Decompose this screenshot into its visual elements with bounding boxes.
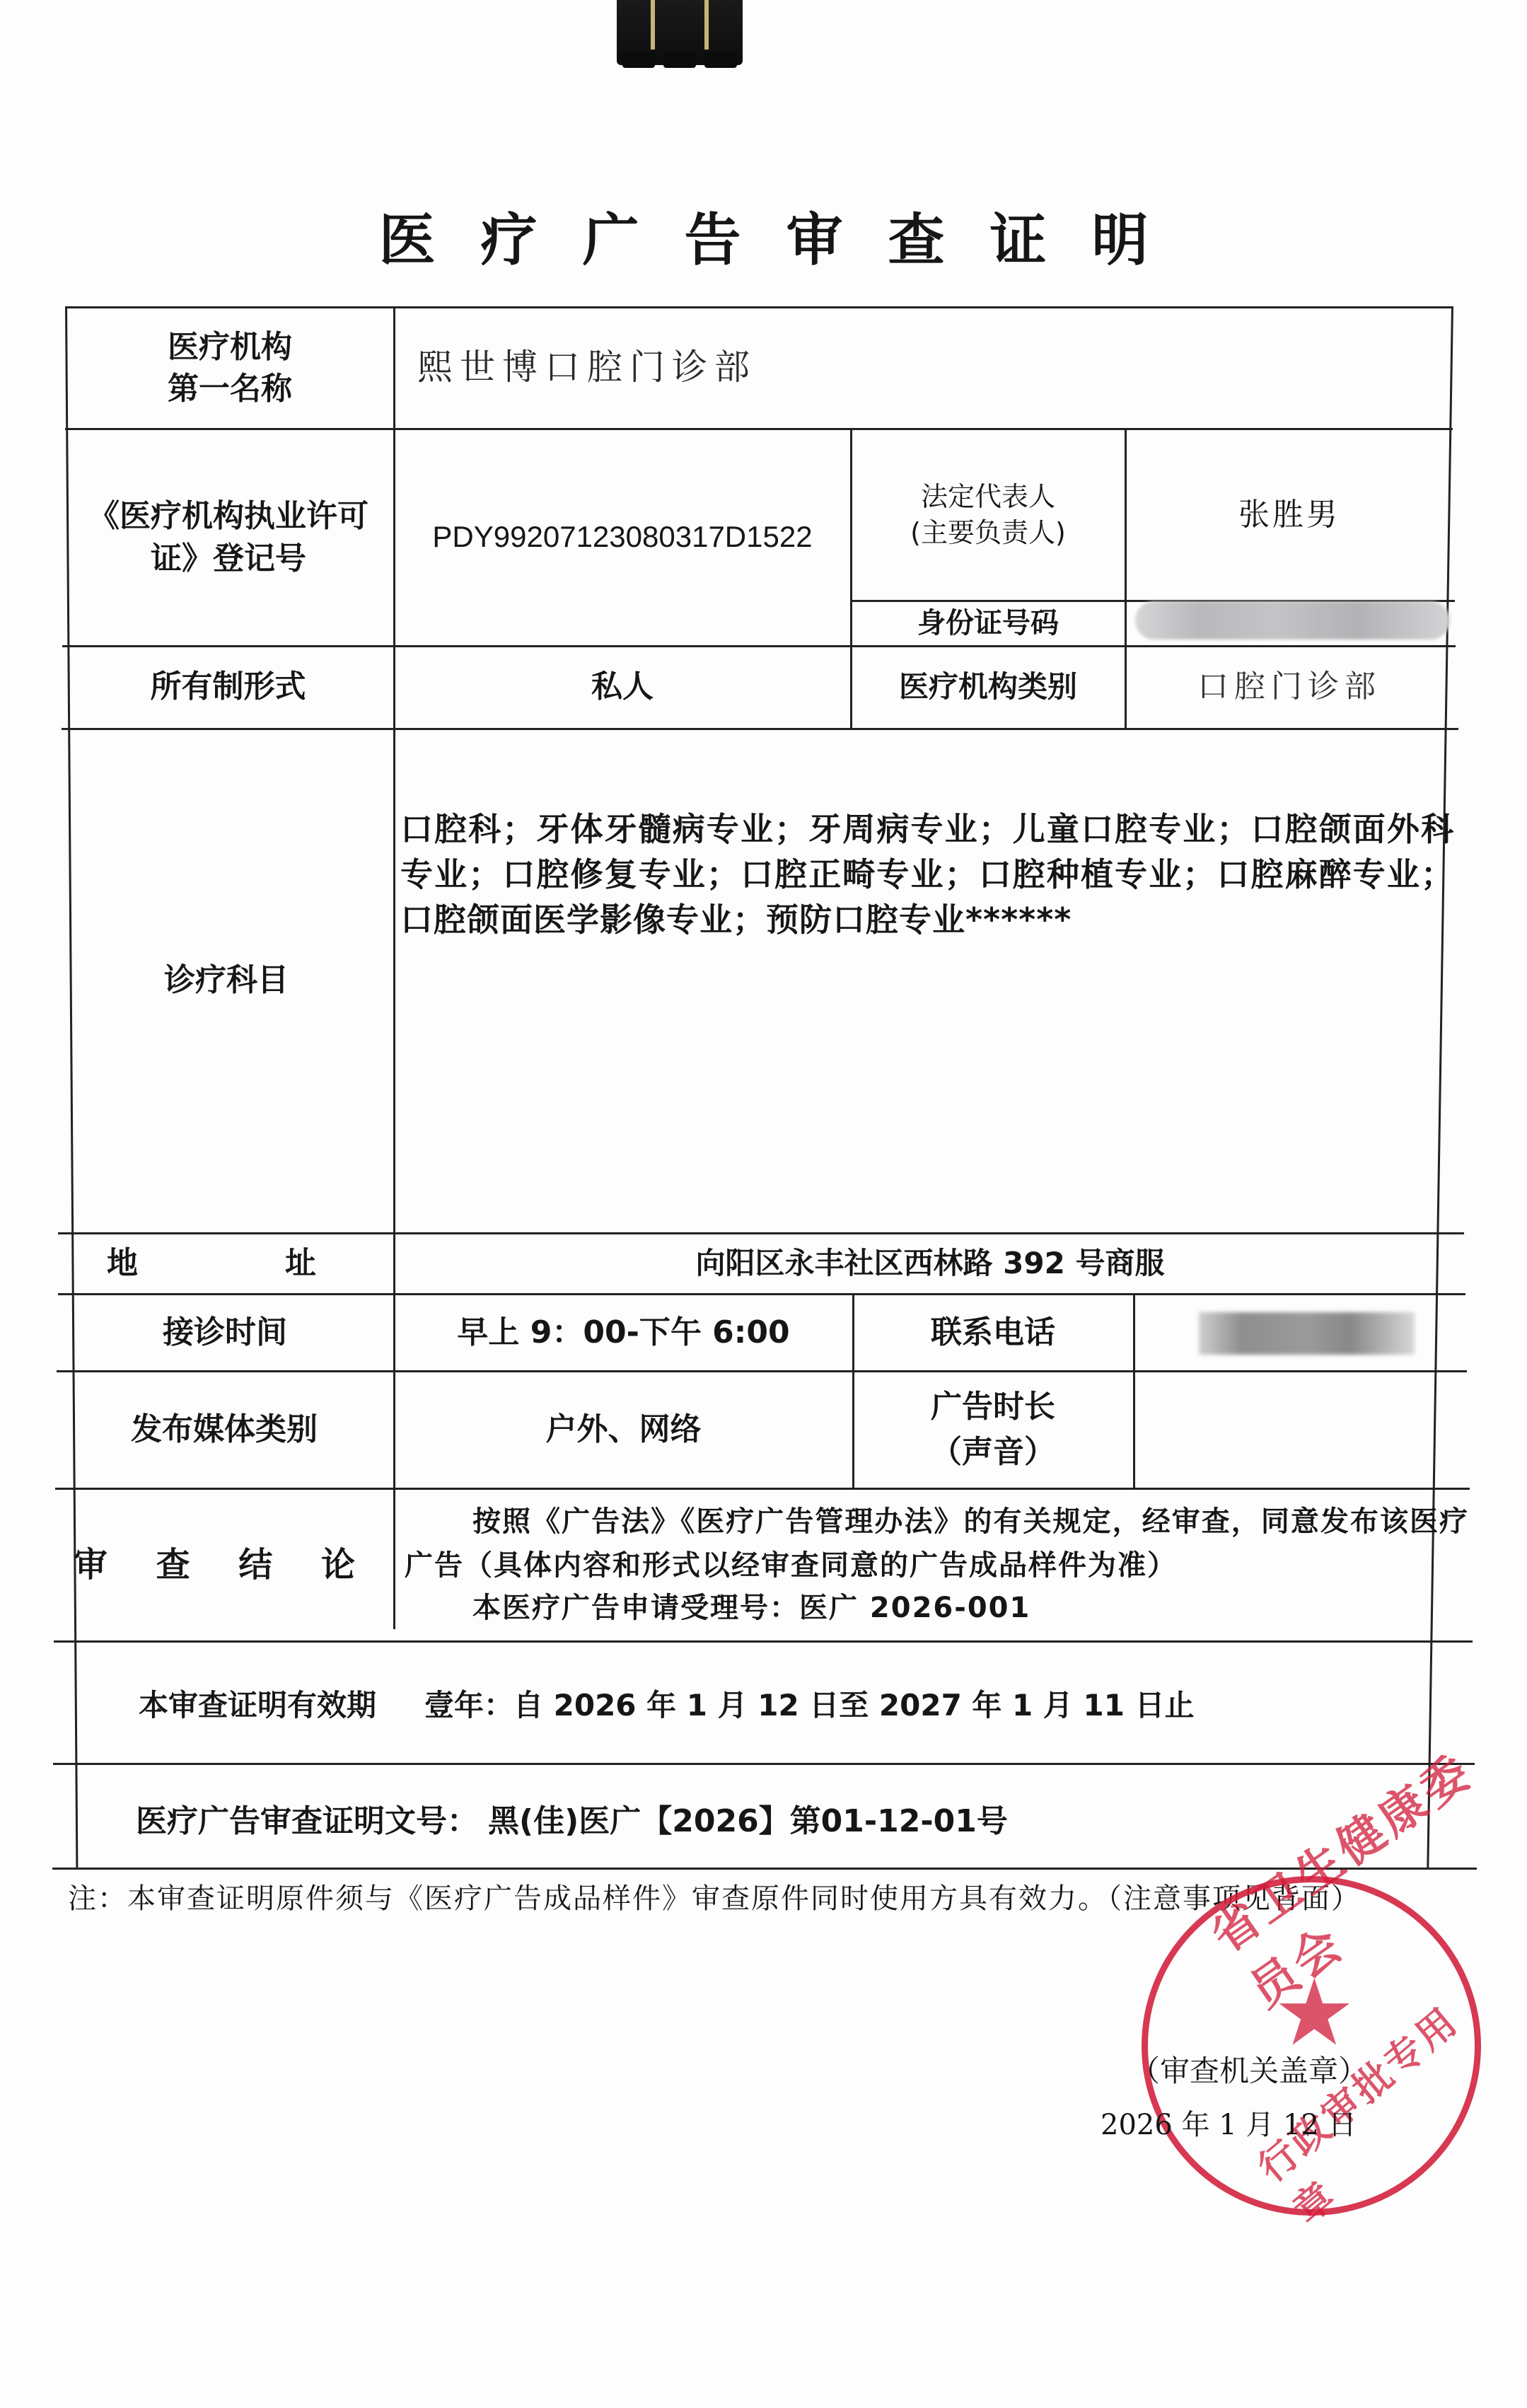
phone-label: 联系电话 <box>854 1295 1132 1370</box>
seal-label: （审查机关盖章） <box>1130 2048 1368 2090</box>
hours-value: 早上 9：00-下午 6:00 <box>396 1295 851 1370</box>
cert-number-value: 黑(佳)医广【2026】第01-12-01号 <box>488 1795 1008 1841</box>
id-number-redacted <box>1135 601 1450 639</box>
row-line <box>53 1763 1475 1765</box>
institution-name-label: 医疗机构 第一名称 <box>67 308 393 427</box>
address-label: 地 址 <box>59 1234 392 1292</box>
row-line <box>54 1640 1473 1643</box>
conclusion-label: 审 查 结 论 <box>55 1490 392 1640</box>
phone-redacted <box>1199 1312 1415 1355</box>
validity-value: 壹年：自 2026 年 1 月 12 日至 2027 年 1 月 11 日止 <box>424 1682 1195 1725</box>
institution-type-label: 医疗机构类别 <box>852 647 1124 727</box>
legal-rep-label: 法定代表人 (主要负责人) <box>852 430 1124 600</box>
ownership-label: 所有制形式 <box>64 647 393 727</box>
institution-type-value: 口腔门诊部 <box>1127 647 1452 727</box>
binder-clip <box>617 0 743 65</box>
media-value: 户外、网络 <box>396 1372 851 1487</box>
footer-note: 注：本审查证明原件须与《医疗广告成品样件》审查原件同时使用方具有效力。（注意事项… <box>68 1873 1398 1924</box>
clip-highlight <box>704 0 709 50</box>
clip-highlight <box>651 0 655 50</box>
duration-label: 广告时长 （声音） <box>854 1372 1132 1487</box>
license-label: 《医疗机构执业许可证》登记号 <box>65 430 392 644</box>
cert-number-label: 医疗广告审查证明文号： <box>136 1795 478 1841</box>
hours-label: 接诊时间 <box>58 1295 392 1370</box>
document-title: 医疗广告审查证明 <box>0 205 1527 276</box>
conclusion-text: 按照《广告法》《医疗广告管理办法》的有关规定，经审查，同意发布该医疗广告（具体内… <box>405 1500 1469 1587</box>
subjects-value: 口腔科；牙体牙髓病专业；牙周病专业；儿童口腔专业；口腔颌面外科专业；口腔修复专业… <box>400 806 1454 962</box>
seal-date: 2026 年 1 月 12 日 <box>1101 2102 1357 2143</box>
duration-value <box>1135 1372 1468 1487</box>
ownership-value: 私人 <box>396 647 849 727</box>
validity-label: 本审查证明有效期 <box>139 1682 376 1725</box>
clip-tab <box>663 52 696 68</box>
media-label: 发布媒体类别 <box>57 1372 392 1487</box>
clip-tab <box>704 52 737 68</box>
subjects-label: 诊疗科目 <box>61 729 392 1232</box>
seal-star-icon: ★ <box>1273 1967 1356 2059</box>
legal-rep-name: 张胜男 <box>1127 430 1452 600</box>
address-value: 向阳区永丰社区西林路 392 号商服 <box>396 1234 1464 1292</box>
institution-name-value: 熙世博口腔门诊部 <box>396 308 1450 427</box>
id-number-label: 身份证号码 <box>852 602 1124 644</box>
clip-tab <box>622 52 655 68</box>
col-line <box>393 306 395 1629</box>
license-number: PDY99207123080317D1522 <box>396 430 849 644</box>
application-number: 本医疗广告申请受理号：医广 2026-001 <box>472 1586 1392 1630</box>
